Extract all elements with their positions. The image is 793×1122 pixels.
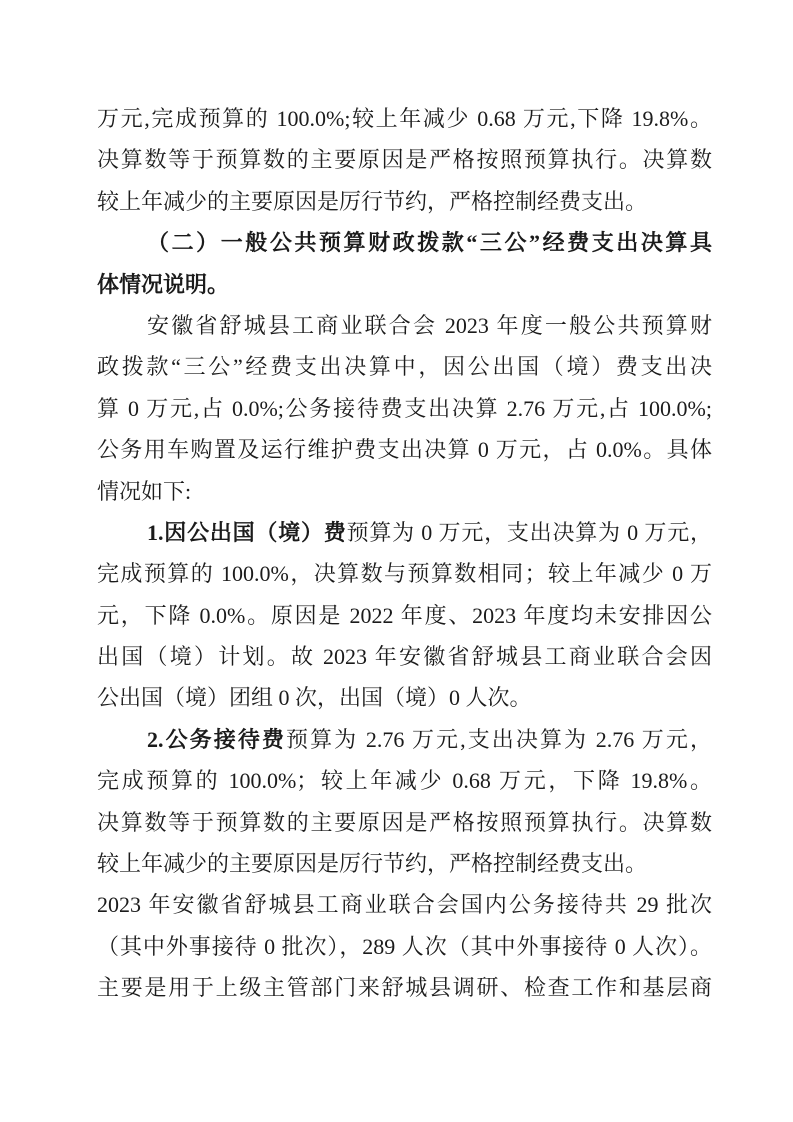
paragraph-line: 较上年减少的主要原因是厉行节约，严格控制经费支出。 [97, 181, 712, 222]
paragraph-line: 出国（境）计划。故 2023 年安徽省舒城县工商业联合会因 [97, 636, 712, 677]
numbered-item-line: 2.公务接待费预算为 2.76 万元,支出决算为 2.76 万元， [97, 719, 712, 760]
numbered-item-line: 1.因公出国（境）费预算为 0 万元，支出决算为 0 万元， [97, 512, 712, 553]
document-page: 万元,完成预算的 100.0%;较上年减少 0.68 万元,下降 19.8%。 … [0, 0, 793, 1122]
paragraph-line: 决算数等于预算数的主要原因是严格按照预算执行。决算数 [97, 139, 712, 180]
paragraph-line: 安徽省舒城县工商业联合会 2023 年度一般公共预算财 [97, 305, 712, 346]
paragraph-line: 算 0 万元,占 0.0%;公务接待费支出决算 2.76 万元,占 100.0%… [97, 388, 712, 429]
document-body: 万元,完成预算的 100.0%;较上年减少 0.68 万元,下降 19.8%。 … [97, 98, 712, 1009]
paragraph-line: 情况如下: [97, 471, 712, 512]
item-text: 预算为 0 万元，支出决算为 0 万元， [347, 520, 712, 545]
section-heading-line: 体情况说明。 [97, 264, 712, 305]
item-label: 2.公务接待费 [147, 727, 286, 752]
section-heading-line: （二）一般公共预算财政拨款“三公”经费支出决算具 [97, 222, 712, 263]
paragraph-line: 决算数等于预算数的主要原因是严格按照预算执行。决算数 [97, 802, 712, 843]
paragraph-line: 公出国（境）团组 0 次，出国（境）0 人次。 [97, 677, 712, 718]
paragraph-line: 较上年减少的主要原因是厉行节约，严格控制经费支出。 [97, 843, 712, 884]
paragraph-line: 完成预算的 100.0%，决算数与预算数相同；较上年减少 0 万 [97, 553, 712, 594]
paragraph-line: 公务用车购置及运行维护费支出决算 0 万元，占 0.0%。具体 [97, 429, 712, 470]
paragraph-line: 完成预算的 100.0%；较上年减少 0.68 万元，下降 19.8%。 [97, 760, 712, 801]
paragraph-line: 万元,完成预算的 100.0%;较上年减少 0.68 万元,下降 19.8%。 [97, 98, 712, 139]
paragraph-line: 2023 年安徽省舒城县工商业联合会国内公务接待共 29 批次 [97, 884, 712, 925]
paragraph-line: （其中外事接待 0 批次），289 人次（其中外事接待 0 人次）。 [97, 926, 712, 967]
paragraph-line: 政拨款“三公”经费支出决算中，因公出国（境）费支出决 [97, 346, 712, 387]
paragraph-line: 主要是用于上级主管部门来舒城县调研、检查工作和基层商 [97, 967, 712, 1008]
item-text: 预算为 2.76 万元,支出决算为 2.76 万元， [286, 727, 712, 752]
item-label: 1.因公出国（境）费 [147, 520, 347, 545]
paragraph-line: 元，下降 0.0%。原因是 2022 年度、2023 年度均未安排因公 [97, 595, 712, 636]
